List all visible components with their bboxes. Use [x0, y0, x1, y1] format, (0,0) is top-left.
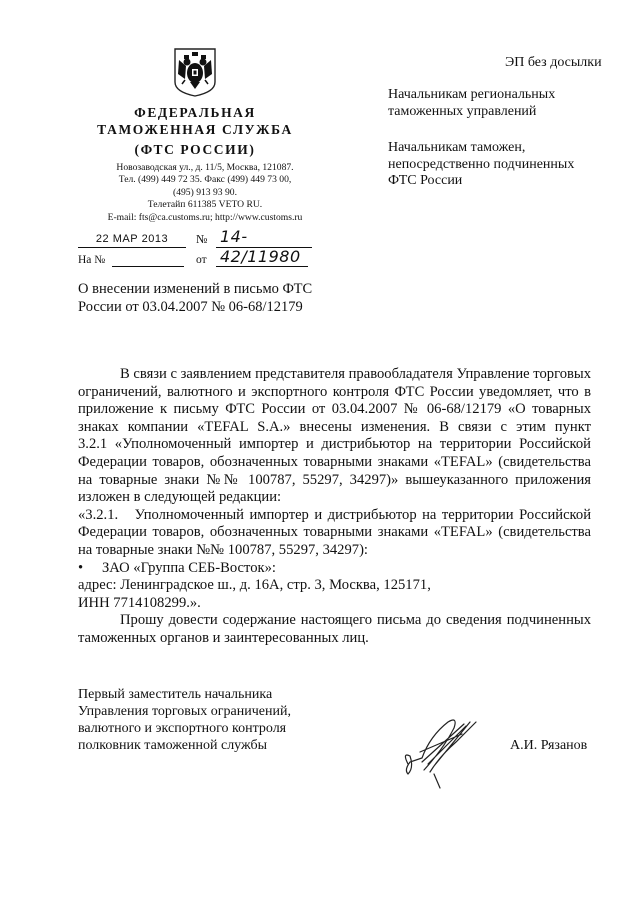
contact-address: Новозаводская ул., д. 11/5, Москва, 1210… [70, 162, 340, 174]
body-line: Федерации товаров, обозначенных товарным… [78, 454, 591, 472]
contact-teletype: Телетайп 611385 VETO RU. [70, 199, 340, 211]
delivery-mark: ЭП без досылки [505, 55, 602, 71]
company-name: ЗАО «Группа СЕБ-Восток»: [102, 560, 276, 576]
quote-line: на товарные знаки №№ 100787, 55297, 3429… [78, 542, 591, 560]
contact-phone-fax: Тел. (499) 449 72 35. Факс (499) 449 73 … [70, 174, 340, 186]
contact-info: Новозаводская ул., д. 11/5, Москва, 1210… [70, 162, 340, 224]
incoming-reference: На № от [78, 254, 338, 270]
incoming-number-blank [112, 266, 184, 267]
quote-line: «3.2.1. Уполномоченный импортер и дистри… [78, 507, 591, 525]
subject-line-2: России от 03.04.2007 № 06-68/12179 [78, 299, 358, 317]
addressee-customs-heads: Начальникам таможен, непосредственно под… [388, 140, 628, 190]
subject-line-1: О внесении изменений в письмо ФТС [78, 281, 358, 299]
addressee-1-line-2: таможенных управлений [388, 104, 628, 121]
contact-phone-2: (495) 913 93 90. [70, 187, 340, 199]
quoted-clause: «3.2.1. Уполномоченный импортер и дистри… [78, 507, 591, 560]
body-line: знаках компании «TEFAL S.A.» внесены изм… [78, 419, 591, 437]
outgoing-reference: 22 МАР 2013 № 14-42/11980 [78, 232, 338, 250]
company-inn: ИНН 7714108299.». [78, 595, 591, 613]
body-line: В связи с заявлением представителя право… [78, 366, 591, 384]
addressee-2-line-1: Начальникам таможен, [388, 140, 628, 157]
addressee-2-line-3: ФТС России [388, 173, 628, 190]
paragraph-notification: В связи с заявлением представителя право… [78, 366, 591, 507]
signer-position: Первый заместитель начальника Управления… [78, 686, 378, 754]
contact-email-web: E-mail: fts@ca.customs.ru; http://www.cu… [70, 212, 340, 224]
addressee-regional-heads: Начальникам региональных таможенных упра… [388, 87, 628, 120]
letter-subject: О внесении изменений в письмо ФТС России… [78, 281, 358, 316]
body-line: на товарные знаки №№ 100787, 55297, 3429… [78, 472, 591, 490]
paragraph-request: Прошу довести содержание настоящего пись… [78, 612, 591, 647]
quote-line: Федерации товаров, обозначенных товарным… [78, 524, 591, 542]
signer-name: А.И. Рязанов [510, 738, 587, 754]
body-line: таможенных органов и заинтересованных ли… [78, 630, 591, 648]
handwritten-signature [400, 712, 490, 792]
body-line: приложение к письму ФТС России от 03.04.… [78, 401, 591, 419]
org-name-line-1: ФЕДЕРАЛЬНАЯ [70, 104, 320, 121]
body-line: 3.2.1 «Уполномоченный импортер и дистриб… [78, 436, 591, 454]
outgoing-date-stamp: 22 МАР 2013 [78, 232, 186, 248]
outgoing-number-label: № [196, 232, 207, 247]
letter-body: В связи с заявлением представителя право… [78, 366, 591, 648]
bullet-icon: • [78, 560, 102, 578]
position-line-2: Управления торговых ограничений, [78, 703, 378, 720]
organization-name: ФЕДЕРАЛЬНАЯ ТАМОЖЕННАЯ СЛУЖБА (ФТС РОССИ… [70, 104, 320, 158]
incoming-number-label: На № [78, 254, 105, 266]
incoming-date-blank [216, 266, 308, 267]
signature-scribble-icon [400, 712, 490, 792]
outgoing-number-handwritten: 14-42/11980 [216, 227, 312, 248]
body-line: Прошу довести содержание настоящего пись… [78, 612, 591, 630]
company-address: адрес: Ленинградское ш., д. 16А, стр. 3,… [78, 577, 591, 595]
position-line-3: валютного и экспортного контроля [78, 720, 378, 737]
org-abbreviation: (ФТС РОССИИ) [70, 141, 320, 158]
body-line: изложен в следующей редакции: [78, 489, 591, 507]
position-line-1: Первый заместитель начальника [78, 686, 378, 703]
incoming-from-label: от [196, 254, 207, 266]
coat-of-arms-emblem [170, 46, 220, 98]
position-line-4: полковник таможенной службы [78, 737, 378, 754]
addressee-1-line-1: Начальникам региональных [388, 87, 628, 104]
org-name-line-2: ТАМОЖЕННАЯ СЛУЖБА [70, 121, 320, 138]
addressee-2-line-2: непосредственно подчиненных [388, 157, 628, 174]
body-line: ограничений, валютного и экспортного кон… [78, 384, 591, 402]
company-bullet: •ЗАО «Группа СЕБ-Восток»: [78, 560, 591, 578]
double-headed-eagle-icon [170, 46, 220, 98]
